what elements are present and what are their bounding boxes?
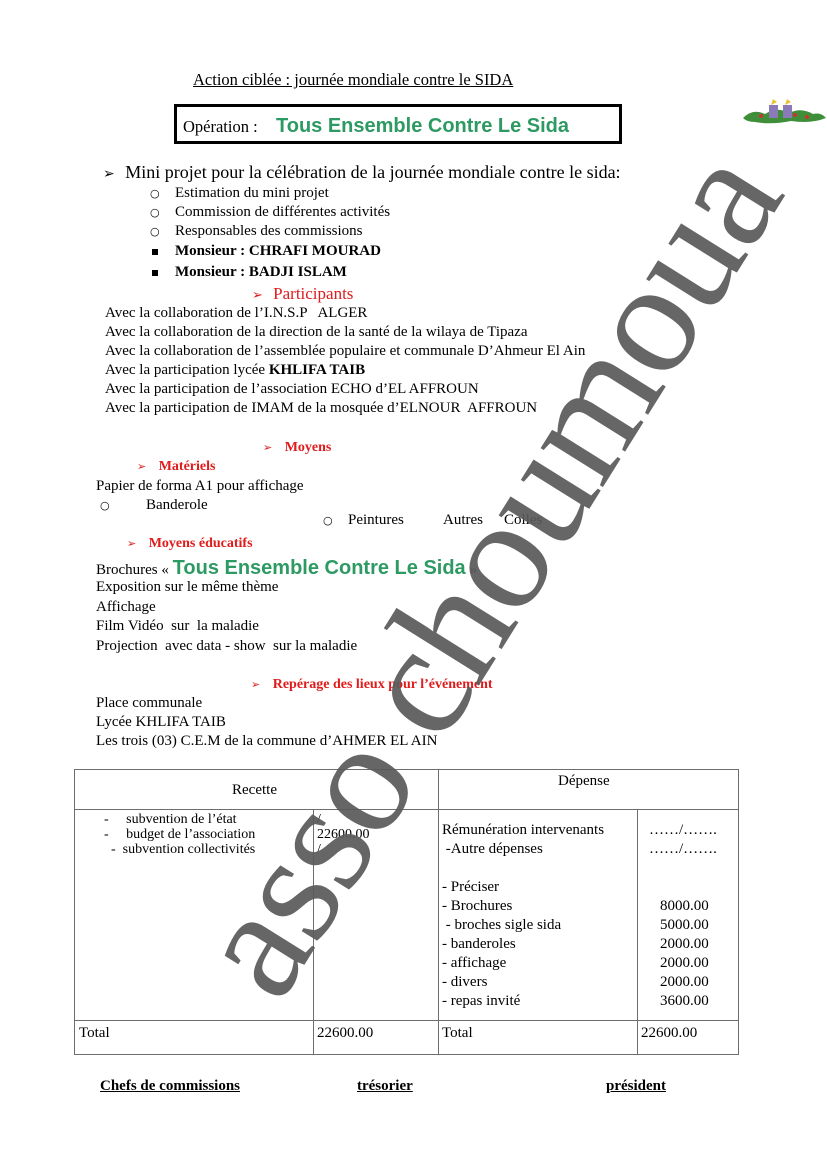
moyens-heading-row: ➢ Moyens bbox=[263, 441, 331, 455]
lieux-heading: Repérage des lieux pour l’événement bbox=[273, 677, 493, 692]
lieu-line: Les trois (03) C.E.M de la commune d’AHM… bbox=[96, 734, 437, 749]
moyens-heading: Moyens bbox=[285, 440, 332, 455]
materiel-line: ○ Banderole bbox=[100, 498, 110, 513]
depense-value: 2000.00 bbox=[660, 937, 709, 952]
depense-label: - affichage bbox=[442, 956, 506, 971]
budget-table: Recette Dépense - subvention de l’état/-… bbox=[74, 769, 739, 1055]
depense-label: - banderoles bbox=[442, 937, 516, 952]
depense-label: - broches sigle sida bbox=[442, 918, 561, 933]
depense-header: Dépense bbox=[558, 774, 610, 789]
depense-value: 2000.00 bbox=[660, 975, 709, 990]
signature-president: président bbox=[606, 1079, 666, 1094]
arrow-bullet-icon: ➢ bbox=[252, 289, 263, 302]
project-item: ○ Responsables des commissions bbox=[150, 224, 160, 239]
total-label-depense: Total bbox=[442, 1026, 473, 1041]
recette-value: / bbox=[317, 813, 321, 827]
responsable-item: Monsieur : CHRAFI MOURAD bbox=[152, 244, 158, 259]
depense-label: Rémunération intervenants bbox=[442, 823, 604, 838]
educatifs-heading: Moyens éducatifs bbox=[149, 536, 253, 551]
materiel-line: Papier de forma A1 pour affichage bbox=[96, 479, 304, 494]
brochures-line: Brochures « Tous Ensemble Contre Le Sida… bbox=[96, 558, 477, 578]
circle-bullet-icon: ○ bbox=[100, 499, 110, 512]
depense-value: ……/……. bbox=[649, 823, 717, 838]
square-bullet-icon bbox=[152, 270, 158, 276]
depense-value: 8000.00 bbox=[660, 899, 709, 914]
candles-holly-icon bbox=[741, 98, 827, 126]
arrow-bullet-icon: ➢ bbox=[103, 167, 115, 181]
operation-label: Opération : bbox=[183, 119, 258, 136]
arrow-bullet-icon: ➢ bbox=[251, 679, 260, 690]
recette-label: - budget de l’association bbox=[104, 828, 255, 842]
participant-line: Avec la collaboration de la direction de… bbox=[105, 325, 527, 340]
signature-chefs: Chefs de commissions bbox=[100, 1079, 240, 1094]
project-item: ○ Estimation du mini projet bbox=[150, 186, 160, 201]
participant-line: Avec la participation lycée KHLIFA TAIB bbox=[105, 363, 365, 378]
educatif-line: Exposition sur le même thème bbox=[96, 580, 278, 595]
depense-label: -Autre dépenses bbox=[442, 842, 543, 857]
depense-value: ……/……. bbox=[649, 842, 717, 857]
recette-value: / bbox=[317, 843, 321, 857]
materiel-line: ○ Peintures Autres Colles bbox=[323, 513, 333, 528]
educatif-line: Affichage bbox=[96, 600, 156, 615]
operation-name: Tous Ensemble Contre Le Sida bbox=[276, 116, 569, 136]
participants-heading: Participants bbox=[273, 284, 353, 303]
participant-line: Avec la collaboration de l’assemblée pop… bbox=[105, 344, 585, 359]
lieu-line: Place communale bbox=[96, 696, 202, 711]
depense-label: - divers bbox=[442, 975, 487, 990]
circle-bullet-icon: ○ bbox=[150, 206, 160, 219]
recette-label: - subvention collectivités bbox=[104, 843, 255, 857]
square-bullet-icon bbox=[152, 249, 158, 255]
arrow-bullet-icon: ➢ bbox=[127, 538, 136, 549]
circle-bullet-icon: ○ bbox=[323, 514, 333, 527]
signature-tresorier: trésorier bbox=[357, 1079, 413, 1094]
arrow-bullet-icon: ➢ bbox=[137, 461, 146, 472]
participant-line: Avec la participation de IMAM de la mosq… bbox=[105, 401, 537, 416]
total-value-depense: 22600.00 bbox=[641, 1026, 697, 1041]
lieu-line: Lycée KHLIFA TAIB bbox=[96, 715, 226, 730]
participant-line: Avec la collaboration de l’I.N.S.P ALGER bbox=[105, 306, 367, 321]
document-title: Action ciblée : journée mondiale contre … bbox=[193, 72, 513, 89]
participants-heading-row: ➢ Participants bbox=[252, 285, 353, 302]
depense-value: 3600.00 bbox=[660, 994, 709, 1009]
responsable-item: Monsieur : BADJI ISLAM bbox=[152, 265, 158, 280]
educatif-line: Projection avec data - show sur la malad… bbox=[96, 639, 357, 654]
materiels-heading-row: ➢ Matériels bbox=[137, 460, 215, 474]
total-value-recette: 22600.00 bbox=[317, 1026, 373, 1041]
recette-header: Recette bbox=[232, 783, 277, 798]
depense-label: - Préciser bbox=[442, 880, 499, 895]
depense-label: - repas invité bbox=[442, 994, 520, 1009]
lieux-heading-row: ➢ Repérage des lieux pour l’événement bbox=[251, 678, 493, 692]
depense-value: 2000.00 bbox=[660, 956, 709, 971]
brochures-name: Tous Ensemble Contre Le Sida bbox=[173, 557, 466, 579]
project-heading-row: ➢ Mini projet pour la célébration de la … bbox=[103, 163, 621, 181]
participant-line: Avec la participation de l’association E… bbox=[105, 382, 479, 397]
educatifs-heading-row: ➢ Moyens éducatifs bbox=[127, 537, 253, 551]
total-label-recette: Total bbox=[79, 1026, 110, 1041]
project-item: ○ Commission de différentes activités bbox=[150, 205, 160, 220]
depense-value: 5000.00 bbox=[660, 918, 709, 933]
educatif-line: Film Vidéo sur la maladie bbox=[96, 619, 259, 634]
recette-label: - subvention de l’état bbox=[104, 813, 237, 827]
circle-bullet-icon: ○ bbox=[150, 187, 160, 200]
circle-bullet-icon: ○ bbox=[150, 225, 160, 238]
materiels-heading: Matériels bbox=[159, 459, 216, 474]
recette-value: 22600.00 bbox=[317, 828, 370, 842]
arrow-bullet-icon: ➢ bbox=[263, 442, 272, 453]
project-heading: Mini projet pour la célébration de la jo… bbox=[125, 162, 620, 182]
depense-label: - Brochures bbox=[442, 899, 512, 914]
